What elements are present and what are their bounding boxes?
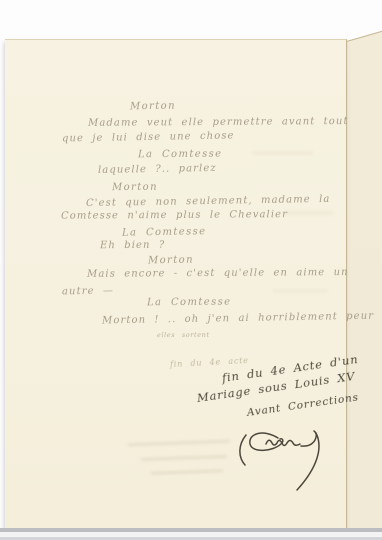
underlying-page-edge (344, 31, 382, 531)
dialogue-line: Morton ! .. oh j'en ai horriblement peur… (102, 311, 382, 327)
dialogue-line: Eh bien ? (100, 240, 165, 251)
author-signature (236, 427, 328, 495)
dialogue-line: autre — (62, 286, 114, 298)
speaker-name: Morton (130, 101, 176, 113)
signature-open-paren (240, 435, 246, 465)
signature-descender (297, 433, 319, 490)
speaker-name: La Comtesse (147, 297, 232, 309)
dialogue-line: que je lui dise une chose (62, 130, 235, 144)
speaker-name: La Comtesse (138, 149, 223, 161)
dialogue-line: laquelle ?.. parlez (98, 163, 217, 176)
bleed-through-mark (141, 456, 227, 467)
speaker-name: La Comtesse (122, 226, 207, 238)
bleed-through-mark (128, 440, 230, 452)
stage-direction: elles sortent (157, 331, 210, 339)
dialogue-line: Comtesse n'aime plus le Chevalier (61, 209, 288, 222)
dialogue-line: Mais encore - c'est qu'elle en aime un (87, 267, 349, 280)
faint-smudge (285, 212, 333, 218)
faint-smudge (253, 152, 313, 158)
speaker-name: Morton (148, 255, 194, 267)
bleed-through-mark (151, 470, 223, 481)
dialogue-line: Madame veut elle permettre avant tout (88, 116, 349, 129)
dialogue-line: C'est que non seulement, madame la (86, 194, 331, 209)
faint-smudge (273, 290, 328, 296)
scanned-manuscript: Morton Madame veut elle permettre avant … (0, 0, 382, 540)
speaker-name: Morton (112, 182, 158, 193)
faded-act-note: fin du 4e acte (170, 356, 249, 369)
manuscript-page: Morton Madame veut elle permettre avant … (5, 39, 347, 528)
signature-hook (301, 431, 316, 446)
